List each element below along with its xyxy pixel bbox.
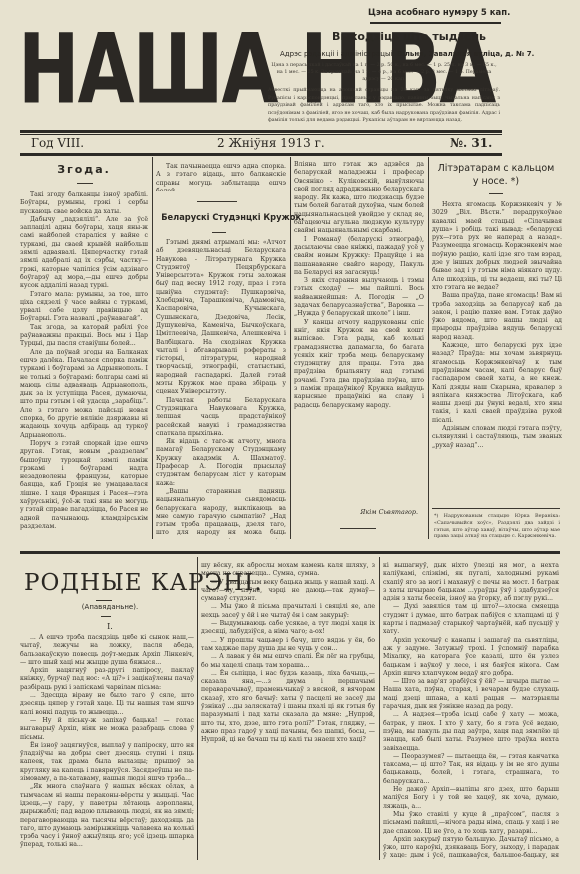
column-divider xyxy=(152,157,153,539)
paragraph: Як відаць с таго-ж атчоту, многа памагаў… xyxy=(156,438,286,488)
paragraph: — Выдумываюць сабе усякае, а тут людзі х… xyxy=(201,620,375,637)
volume-year: Год VIII. xyxy=(31,136,84,150)
title-divider xyxy=(77,183,93,184)
title-line: Літэратарам с кальцом xyxy=(432,162,560,175)
article-title-zgoda: Згода. xyxy=(20,163,148,176)
publication-frequency: Выходзіць што тыдзень xyxy=(318,30,500,43)
issue-number: №. 31. xyxy=(450,136,492,150)
section-divider xyxy=(197,201,237,202)
title-line: у носе. *) xyxy=(432,175,560,188)
paragraph: З якіх старання вылучаюць і тэмы гэтых с… xyxy=(294,277,424,318)
paragraph: Архіп закурыў пятую бальшую. Дачытаў піс… xyxy=(383,836,559,860)
article-title-literati: Літэратарам с кальцом у носе. *) xyxy=(432,162,560,188)
paragraph: — Духі завяліся там ці што?—злосна смяец… xyxy=(383,603,559,636)
paragraph: — Ну й піську-ж запіхаў бацька! — голас … xyxy=(20,717,194,742)
address-value: Вільня, Завальная вуліца, д. № 7. xyxy=(397,50,534,58)
paragraph: — Пеоразумея? — пытаецца ён, — гэтая кан… xyxy=(383,753,559,786)
paragraph: Ваша праўда, пане ягомасць! Вам ні трэба… xyxy=(432,292,562,342)
story-body-col1: ... А ешчэ трэба пасядзіць цябе кі сынок… xyxy=(20,634,194,860)
paragraph: Не дажоў Архіп—выліпы яго дзех, што бары… xyxy=(383,786,559,811)
article-body-literati: Нехта ягомасць Коржэнкевіч у № 3029 „Віл… xyxy=(432,201,562,503)
paragraph: ... Здесцца віраву не было таго ў сяле, … xyxy=(20,692,194,717)
column-divider xyxy=(379,557,380,860)
paragraph: Дабычу „падзялілі“. Але за ўсё заплацілі… xyxy=(20,216,148,291)
footnote: *) Надрукованым стацьцю Юрка Вераніка: «… xyxy=(434,513,560,545)
paragraph: — У дваццатым веку бацька жыць у нашай х… xyxy=(201,579,375,604)
end-divider xyxy=(340,528,376,529)
article-title-student-circle: Беларускі Студэнцкі Кружок. xyxy=(161,213,281,223)
paragraph: „Вашы старанныя падняць нацыянальную сьв… xyxy=(156,488,286,539)
newspaper-page: Цэна асобнаго нумэру 5 кап. НАША НІВА Вы… xyxy=(0,0,580,874)
paragraph: Адзіным словам людзі гэтага пэўту, сьляв… xyxy=(432,425,562,450)
dateline-rule xyxy=(20,153,502,156)
paragraph: Гэтымі днямі атрымалі мы: «Атчот аб дзев… xyxy=(156,239,286,397)
paragraph: — Што за вар'ят зрабіўся ў ёй? — шчыра п… xyxy=(383,678,559,711)
paragraph: У канцы атчоту надрукованы спіс кніг, як… xyxy=(294,319,424,410)
column-divider xyxy=(428,157,429,539)
paragraph: Поруч з гэтай споркай ідзе ешчэ другая. … xyxy=(20,440,148,531)
paragraph: І Романаў (беларускі этнограф), дасылаюч… xyxy=(294,236,424,277)
paragraph: ... У прошлы чацьвер і бачу, што вядзь у… xyxy=(201,637,375,654)
footnote-rule xyxy=(432,508,560,509)
title-divider xyxy=(96,600,112,601)
editorial-address: Адрэс рэдакціі і адміністрацыі: Вільня, … xyxy=(280,50,500,58)
paragraph: Пачатак работы Беларускага Студэнцкага Н… xyxy=(156,397,286,438)
paragraph: ... А лавак у ён мы ешчэ спалі. Ён лёг н… xyxy=(201,653,375,670)
article-body-student-circle-cont: Вліяна што гэтак жэ адзвёся да беларуска… xyxy=(294,161,424,507)
story-body-col2: шу вёску, як аброслы мохам камень каля ш… xyxy=(201,562,375,860)
paragraph: Такі згоду балканцы ізноў зрабілі. Боўга… xyxy=(20,191,148,216)
subtitle-divider xyxy=(101,616,111,617)
title-divider xyxy=(212,232,226,233)
subscription-rates: Цэна з перасылкай і дастаўкай на 1 г. — … xyxy=(268,62,500,83)
paragraph: Мы ўжо ставілі у куце й „праўсом“, пасля… xyxy=(383,811,559,836)
paragraph: Вліяна што гэтак жэ адзвёся да беларуска… xyxy=(294,161,424,236)
chapter-number: I. xyxy=(20,622,200,631)
paragraph: Але да поўнай згоды на Балканах ешчэ дал… xyxy=(20,349,148,440)
paragraph: ... А надзея—трэба ісьці сабе ў хату — м… xyxy=(383,711,559,752)
article-body-zgoda: Такі згоду балканцы ізноў зрабілі. Боўга… xyxy=(20,191,148,539)
paragraph: Нехта ягомасць Коржэнкевіч у № 3029 „Віл… xyxy=(432,201,562,292)
paragraph: ... Мы ўжо й пісьма прачыталі і свяцілі … xyxy=(201,603,375,620)
section-rule xyxy=(20,551,560,554)
story-body-col3: кі вышагнуў, дык ніхто ўлезці ня мог, а … xyxy=(383,562,559,860)
paragraph: „Як многа слаўнага ў нашых вёсках сёлах,… xyxy=(20,783,194,849)
paragraph: Так згода, за каторай рабілі ўсе раўнава… xyxy=(20,324,148,349)
address-label: Адрэс рэдакціі і адміністрацыі: xyxy=(280,50,395,58)
paragraph: Архіп ускочыў с канапы і зашагаў па сьвя… xyxy=(383,637,559,678)
paragraph: Кажэце, што беларускі рух ідзе назад? Пр… xyxy=(432,342,562,425)
column-divider xyxy=(197,557,198,860)
story-subtitle: (Апавяданьне). xyxy=(20,603,200,611)
title-divider xyxy=(489,193,503,194)
paragraph: ... Ён сьпіцца, і нас будзь казаць, ліха… xyxy=(201,670,375,745)
author-signature: Якім Сьвятагор. xyxy=(294,508,418,516)
paragraph: Так пачынаецца ешчэ адна спорка. А з гэт… xyxy=(156,163,286,191)
paragraph: Гэтаго мала: румыны, за тое, што ціха ся… xyxy=(20,291,148,324)
paragraph: Архіп нацягнуў раз-другі папіросу, пакла… xyxy=(20,667,194,692)
article-body-student-circle: Гэтымі днямі атрымалі мы: «Атчот аб дзев… xyxy=(156,239,286,539)
advertising-terms: Абвесткі прыймаюцца на апошняй страніцы … xyxy=(268,87,500,125)
paragraph: Ён ізноў зацягнуўся, выплаў у папіроску,… xyxy=(20,742,194,783)
paragraph: ... А ешчэ трэба пасядзіць цябе кі сынок… xyxy=(20,634,194,667)
masthead-rule-thin xyxy=(20,134,502,135)
column-divider xyxy=(290,157,291,539)
paragraph: шу вёску, як аброслы мохам камень каля ш… xyxy=(201,562,375,579)
issue-date: 2 Жніўня 1913 г. xyxy=(217,136,325,150)
paragraph: кі вышагнуў, дык ніхто ўлезці ня мог, а … xyxy=(383,562,559,603)
zgoda-conclusion: Так пачынаецца ешчэ адна спорка. А з гэт… xyxy=(156,163,286,191)
